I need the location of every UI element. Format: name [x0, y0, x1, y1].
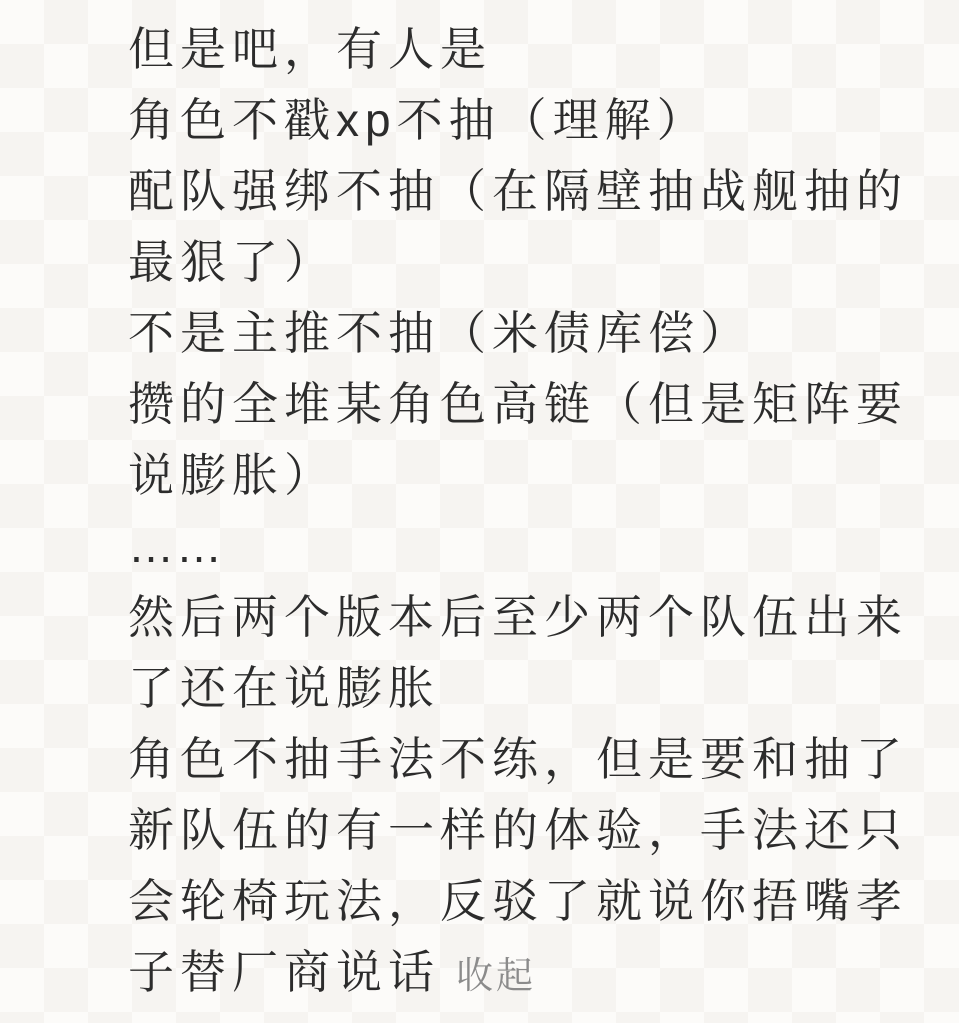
text-line: 角色不抽手法不练，但是要和抽了 [128, 724, 915, 795]
text-line: 会轮椅玩法，反驳了就说你捂嘴孝 [128, 866, 915, 937]
collapse-link[interactable]: 收起 [456, 955, 536, 996]
text-line: 但是吧，有人是 [128, 14, 915, 85]
text-line-ellipsis: …… [128, 511, 915, 582]
text-line: 角色不戳xp不抽（理解） [128, 85, 915, 156]
text-line: 配队强绑不抽（在隔壁抽战舰抽的 [128, 156, 915, 227]
comment-text-block: 但是吧，有人是 角色不戳xp不抽（理解） 配队强绑不抽（在隔壁抽战舰抽的 最狠了… [0, 0, 959, 1008]
text-line-last-text: 子替厂商说话 [128, 946, 440, 998]
text-line: 最狠了） [128, 227, 915, 298]
text-line-last: 子替厂商说话收起 [128, 937, 915, 1008]
text-line: 了还在说膨胀 [128, 653, 915, 724]
text-line: 新队伍的有一样的体验，手法还只 [128, 795, 915, 866]
text-line: 然后两个版本后至少两个队伍出来 [128, 582, 915, 653]
text-line: 不是主推不抽（米债库偿） [128, 298, 915, 369]
text-line: 说膨胀） [128, 440, 915, 511]
text-line: 攒的全堆某角色高链（但是矩阵要 [128, 369, 915, 440]
